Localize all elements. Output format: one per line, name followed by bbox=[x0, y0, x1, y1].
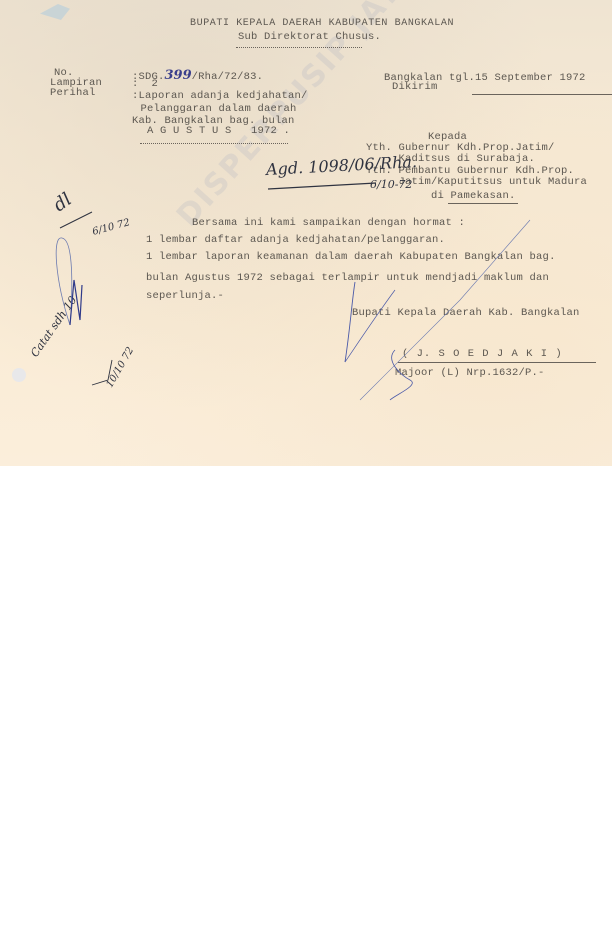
perihal-underline bbox=[140, 143, 288, 144]
scanned-letter-page: DISPERPUSIP JATIM BUPATI KEPALA DAERAH K… bbox=[0, 0, 612, 466]
signature-name: ( J. S O E D J A K I ) bbox=[402, 348, 563, 360]
perihal-label: Perihal bbox=[50, 88, 96, 98]
margin-date-1: 6/10 72 bbox=[91, 217, 131, 238]
perihal-line-4: A G U S T U S 1972 . bbox=[134, 125, 290, 137]
pamekasan-underline bbox=[448, 203, 518, 204]
body-item-2-end: seperlunja.- bbox=[146, 290, 224, 302]
body-intro: Bersama ini kami sampaikan dengan hormat… bbox=[192, 217, 465, 229]
signature-rank: Majoor (L) Nrp.1632/P.- bbox=[395, 367, 545, 379]
body-item-1: 1 lembar daftar adanja kedjahatan/pelang… bbox=[146, 234, 445, 246]
dikirim-line bbox=[472, 94, 612, 95]
margin-note: Catat sdh 10 bbox=[28, 294, 79, 360]
lampiran-value: : 2 bbox=[132, 78, 158, 90]
punch-hole bbox=[12, 368, 26, 382]
perihal-line-1: :Laporan adanja kedjahatan/ bbox=[132, 90, 308, 102]
recipient-line-5: di Pamekasan. bbox=[366, 190, 516, 202]
signature-title: Bupati Kepala Daerah Kab. Bangkalan bbox=[352, 307, 580, 319]
signature-name-underline bbox=[398, 362, 596, 363]
perihal-line-2: Pelanggaran dalam daerah bbox=[134, 103, 297, 115]
dikirim-label: Dikirim bbox=[392, 81, 438, 93]
body-item-2: 1 lembar laporan keamanan dalam daerah K… bbox=[146, 251, 556, 263]
no-handwritten: 399 bbox=[165, 68, 192, 83]
letterhead-sub: Sub Direktorat Chusus. bbox=[238, 31, 381, 43]
margin-initial: dl bbox=[50, 189, 76, 216]
margin-date-2: 10/10 72 bbox=[104, 345, 136, 389]
agenda-date: 6/10-72 bbox=[370, 178, 412, 191]
body-item-2-cont: bulan Agustus 1972 sebagai terlampir unt… bbox=[146, 272, 549, 284]
paper-tear bbox=[40, 4, 70, 20]
no-suffix: /Rha/72/83. bbox=[192, 71, 264, 83]
letterhead-underline bbox=[236, 47, 362, 48]
letterhead-org: BUPATI KEPALA DAERAH KABUPATEN BANGKALAN bbox=[190, 18, 454, 29]
